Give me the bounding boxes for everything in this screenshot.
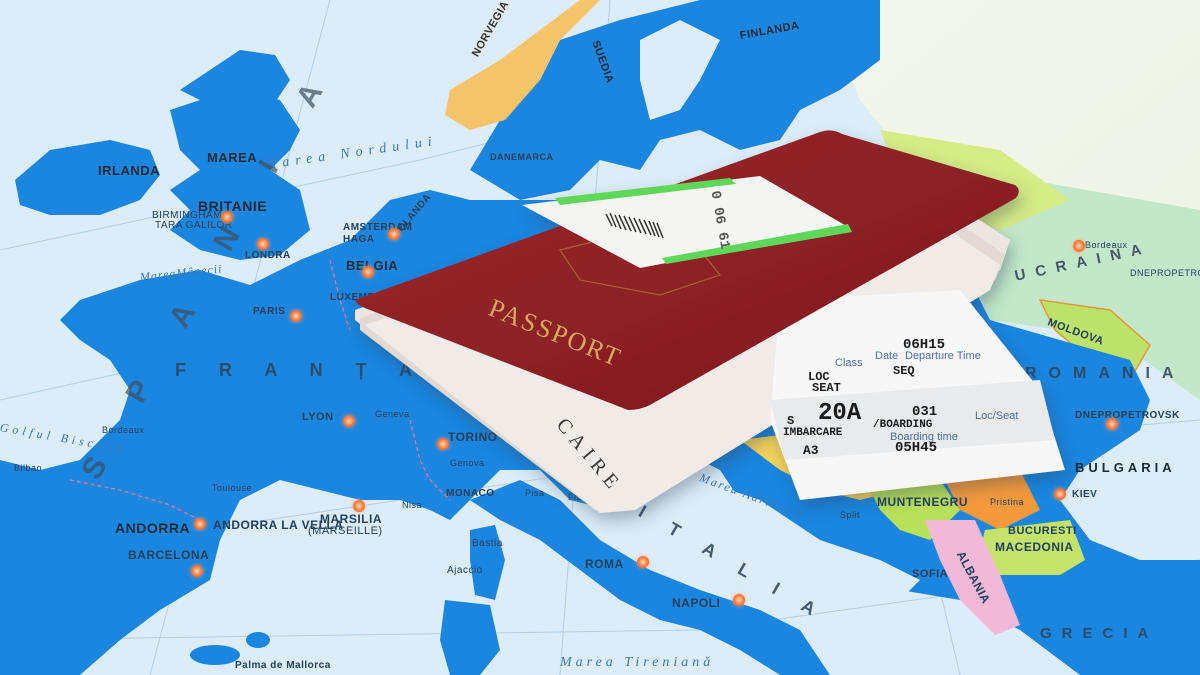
seq-label: SEQ <box>893 364 915 378</box>
class-code: S <box>787 414 794 428</box>
embarkation-label: IMBARCARE <box>783 427 842 439</box>
seat-number: 20A <box>818 400 861 427</box>
photo-scene: IRLANDA MAREA BRITANIE BIRMINGHAM TARA G… <box>0 0 1200 675</box>
boarding-pass-bottom <box>770 290 1065 500</box>
seat-label: SEAT <box>812 381 841 395</box>
date-label: Date <box>875 350 898 362</box>
seq-number: 031 <box>912 404 937 420</box>
boarding-label: /BOARDING <box>873 419 932 431</box>
boarding-time: 05H45 <box>895 440 937 456</box>
class-label: Class <box>835 357 863 369</box>
loc-seat-label: Loc/Seat <box>975 410 1018 422</box>
departure-time-label: Departure Time <box>905 350 981 362</box>
gate: A3 <box>803 443 819 458</box>
